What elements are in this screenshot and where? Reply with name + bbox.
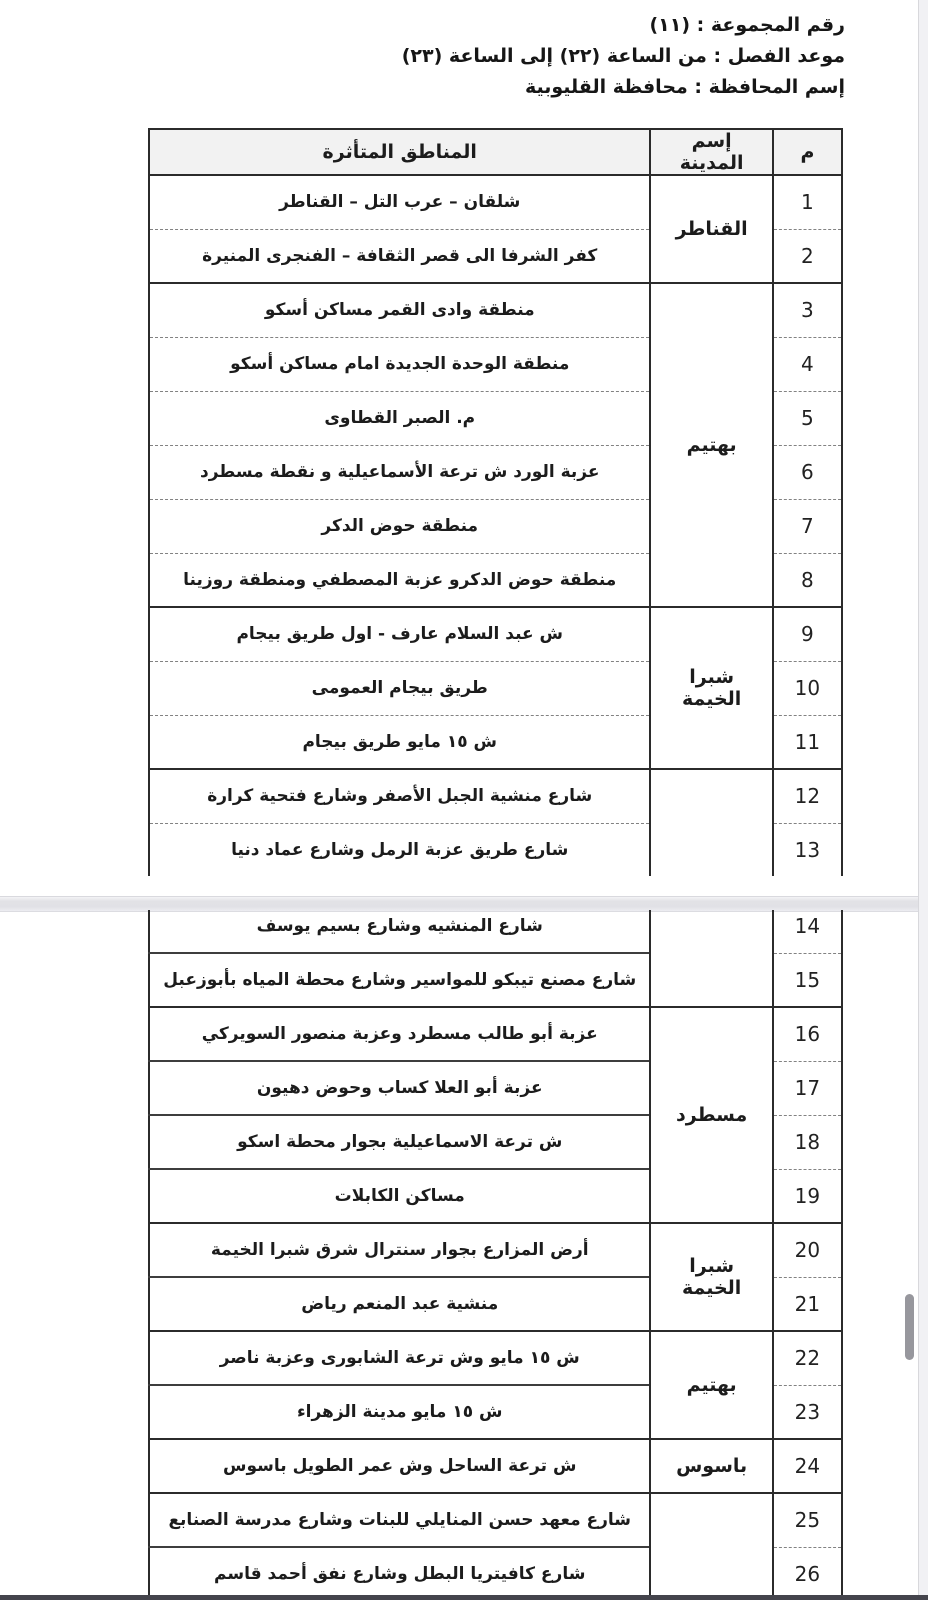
serial-cell: 8 xyxy=(773,553,842,607)
table-row: 1القناطرشلقان – عرب التل – القناطر xyxy=(149,175,842,229)
affected-area-cell: منطقة وادى القمر مساكن أسكو xyxy=(149,283,650,337)
serial-cell: 24 xyxy=(773,1439,842,1493)
affected-area-cell: ش ١٥ مايو وش ترعة الشابورى وعزبة ناصر xyxy=(149,1331,650,1385)
city-cell xyxy=(650,769,772,876)
city-cell: القناطر xyxy=(650,175,772,283)
affected-area-cell: منطقة الوحدة الجديدة امام مساكن أسكو xyxy=(149,337,650,391)
serial-cell: 1 xyxy=(773,175,842,229)
affected-area-cell: شارع معهد حسن المنايلي للبنات وشارع مدرس… xyxy=(149,1493,650,1547)
serial-cell: 7 xyxy=(773,499,842,553)
serial-cell: 10 xyxy=(773,661,842,715)
affected-area-cell: شارع كافيتريا البطل وشارع نفق أحمد قاسم xyxy=(149,1547,650,1600)
affected-area-cell: ش عبد السلام عارف - اول طريق بيجام xyxy=(149,607,650,661)
governorate-line: إسم المحافظة : محافظة القليوبية xyxy=(402,72,845,103)
serial-cell: 17 xyxy=(773,1061,842,1115)
serial-cell: 3 xyxy=(773,283,842,337)
city-cell xyxy=(650,910,772,1007)
city-cell: بهتيم xyxy=(650,283,772,607)
document-page: رقم المجموعة : (١١) موعد الفصل : من السا… xyxy=(0,0,928,1600)
city-cell: شبرا الخيمة xyxy=(650,1223,772,1331)
serial-cell: 18 xyxy=(773,1115,842,1169)
serial-cell: 5 xyxy=(773,391,842,445)
serial-cell: 6 xyxy=(773,445,842,499)
table-row: 3بهتيممنطقة وادى القمر مساكن أسكو xyxy=(149,283,842,337)
affected-area-cell: أرض المزارع بجوار سنترال شرق شبرا الخيمة xyxy=(149,1223,650,1277)
serial-cell: 21 xyxy=(773,1277,842,1331)
city-column-header: إسم المدينة xyxy=(650,129,772,175)
affected-area-cell: عزبة أبو طالب مسطرد وعزبة منصور السويركي xyxy=(149,1007,650,1061)
table-header-row: م إسم المدينة المناطق المتأثرة xyxy=(149,129,842,175)
scrollbar-thumb[interactable] xyxy=(905,1294,914,1360)
affected-area-cell: عزبة الورد ش ترعة الأسماعيلية و نقطة مسط… xyxy=(149,445,650,499)
affected-area-cell: شارع منشية الجبل الأصفر وشارع فتحية كرار… xyxy=(149,769,650,823)
table-row: 25شارع معهد حسن المنايلي للبنات وشارع مد… xyxy=(149,1493,842,1547)
serial-cell: 14 xyxy=(773,910,842,953)
affected-area-cell: شارع المنشيه وشارع بسيم يوسف xyxy=(149,910,650,953)
outage-schedule-table-part-1: م إسم المدينة المناطق المتأثرة 1القناطرش… xyxy=(148,128,843,876)
serial-cell: 12 xyxy=(773,769,842,823)
affected-area-cell: طريق بيجام العمومى xyxy=(149,661,650,715)
city-cell: شبرا الخيمة xyxy=(650,607,772,769)
serial-cell: 11 xyxy=(773,715,842,769)
affected-area-cell: منطقة حوض الدكرو عزبة المصطفي ومنطقة روز… xyxy=(149,553,650,607)
city-cell: باسوس xyxy=(650,1439,772,1493)
serial-cell: 19 xyxy=(773,1169,842,1223)
table-row: 12شارع منشية الجبل الأصفر وشارع فتحية كر… xyxy=(149,769,842,823)
serial-cell: 20 xyxy=(773,1223,842,1277)
document-header: رقم المجموعة : (١١) موعد الفصل : من السا… xyxy=(402,10,845,103)
viewer-edge-strip xyxy=(918,0,928,1600)
serial-cell: 26 xyxy=(773,1547,842,1600)
table-page-2: 14شارع المنشيه وشارع بسيم يوسف15شارع مصن… xyxy=(148,910,849,1600)
affected-area-cell: شارع طريق عزبة الرمل وشارع عماد دنيا xyxy=(149,823,650,876)
table-row: 24باسوسش ترعة الساحل وش عمر الطويل باسوس xyxy=(149,1439,842,1493)
outage-schedule-table-part-2: 14شارع المنشيه وشارع بسيم يوسف15شارع مصن… xyxy=(148,910,843,1600)
serial-cell: 15 xyxy=(773,953,842,1007)
serial-cell: 9 xyxy=(773,607,842,661)
serial-cell: 2 xyxy=(773,229,842,283)
affected-area-cell: ش ترعة الساحل وش عمر الطويل باسوس xyxy=(149,1439,650,1493)
areas-column-header: المناطق المتأثرة xyxy=(149,129,650,175)
serial-cell: 23 xyxy=(773,1385,842,1439)
serial-cell: 16 xyxy=(773,1007,842,1061)
table-page-1: م إسم المدينة المناطق المتأثرة 1القناطرش… xyxy=(148,128,849,876)
serial-cell: 4 xyxy=(773,337,842,391)
table-row: 20شبرا الخيمةأرض المزارع بجوار سنترال شر… xyxy=(149,1223,842,1277)
affected-area-cell: ش ١٥ مايو طريق بيجام xyxy=(149,715,650,769)
affected-area-cell: ش ١٥ مايو مدينة الزهراء xyxy=(149,1385,650,1439)
serial-cell: 22 xyxy=(773,1331,842,1385)
group-number-line: رقم المجموعة : (١١) xyxy=(402,10,845,41)
affected-area-cell: عزبة أبو العلا كساب وحوض دهيون xyxy=(149,1061,650,1115)
city-cell: بهتيم xyxy=(650,1331,772,1439)
table-row: 9شبرا الخيمةش عبد السلام عارف - اول طريق… xyxy=(149,607,842,661)
bottom-page-edge xyxy=(0,1595,928,1600)
affected-area-cell: شارع مصنع تيبكو للمواسير وشارع محطة المي… xyxy=(149,953,650,1007)
table-row: 14شارع المنشيه وشارع بسيم يوسف xyxy=(149,910,842,953)
serial-cell: 13 xyxy=(773,823,842,876)
affected-area-cell: كفر الشرفا الى قصر الثقافة – الفنجرى الم… xyxy=(149,229,650,283)
affected-area-cell: منشية عبد المنعم رياض xyxy=(149,1277,650,1331)
city-cell: مسطرد xyxy=(650,1007,772,1223)
table-row: 16مسطردعزبة أبو طالب مسطرد وعزبة منصور ا… xyxy=(149,1007,842,1061)
affected-area-cell: م. الصبر القطاوى xyxy=(149,391,650,445)
outage-time-line: موعد الفصل : من الساعة (٢٢) إلى الساعة (… xyxy=(402,41,845,72)
serial-column-header: م xyxy=(773,129,842,175)
affected-area-cell: منطقة حوض الدكر xyxy=(149,499,650,553)
affected-area-cell: مساكن الكابلات xyxy=(149,1169,650,1223)
city-cell xyxy=(650,1493,772,1600)
table-row: 22بهتيمش ١٥ مايو وش ترعة الشابورى وعزبة … xyxy=(149,1331,842,1385)
affected-area-cell: ش ترعة الاسماعيلية بجوار محطة اسكو xyxy=(149,1115,650,1169)
serial-cell: 25 xyxy=(773,1493,842,1547)
affected-area-cell: شلقان – عرب التل – القناطر xyxy=(149,175,650,229)
